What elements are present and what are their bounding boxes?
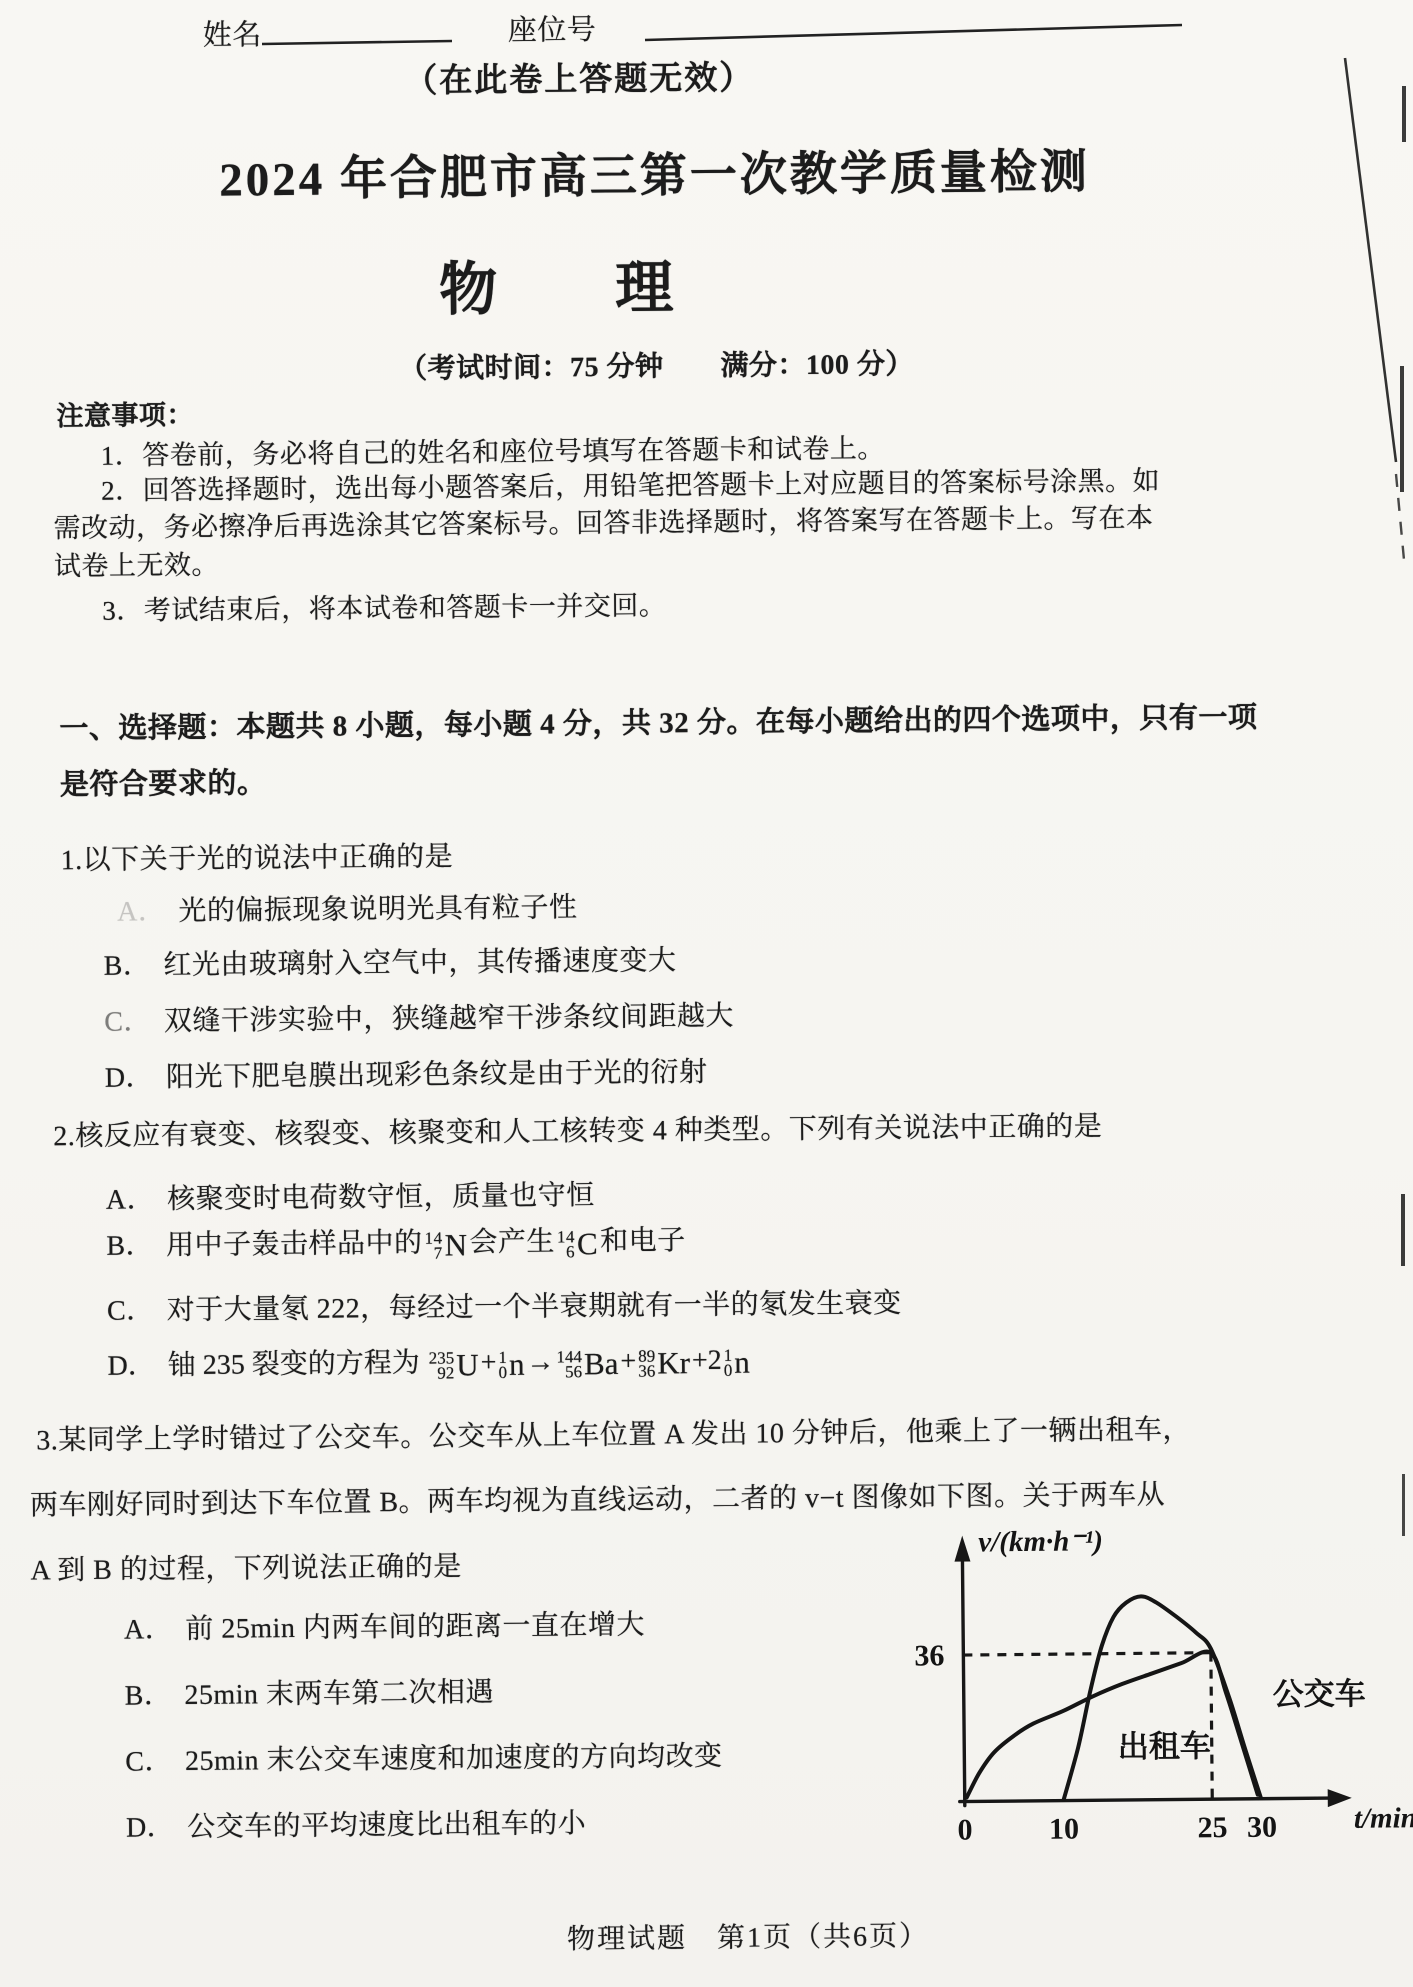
q1-option-d-text: 阳光下肥皂膜出现彩色条纹是由于光的衍射 [166, 1057, 708, 1093]
question-1-stem: 1.以下关于光的说法中正确的是 [60, 834, 453, 878]
exam-info: （考试时间：75 分钟 满分：100 分） [399, 342, 914, 387]
dashed-guide-36 [963, 1653, 1210, 1655]
q2-option-d-pre: 铀 235 裂变的方程为 [168, 1348, 420, 1381]
q3-option-c-label: C． [125, 1739, 173, 1779]
nuclide-kr89: 8936Kr [638, 1345, 690, 1381]
element-symbol: Ba [584, 1345, 619, 1381]
bus-velocity-curve [965, 1651, 1257, 1797]
q1-option-a-text: 光的偏振现象说明光具有粒子性 [178, 892, 577, 927]
q2-option-b-pre: 用中子轰击样品中的 [166, 1228, 423, 1261]
q3-option-a-text: 前 25min 内两车间的距离一直在增大 [185, 1610, 645, 1645]
q1-option-c: C．双缝干涉实验中，狭缝越窄干涉条纹间距越大 [104, 994, 734, 1040]
nuclide-u235: 23592U [429, 1347, 479, 1383]
q1-option-d: D．阳光下肥皂膜出现彩色条纹是由于光的衍射 [105, 1050, 708, 1096]
q2-option-a-text: 核聚变时电荷数守恒，质量也守恒 [167, 1180, 595, 1215]
x-axis [960, 1798, 1332, 1802]
nuclide-ba144: 14456Ba [556, 1345, 618, 1382]
x-tick-label: 0 [957, 1813, 972, 1846]
element-symbol: n [509, 1346, 525, 1382]
q2-option-b-post: 和电子 [600, 1225, 686, 1257]
charge-number: 0 [724, 1362, 733, 1377]
exam-paper-page: 姓名 座位号 （在此卷上答题无效） 2024 年合肥市高三第一次教学质量检测 物… [0, 0, 1413, 1987]
q1-option-d-label: D． [105, 1055, 155, 1095]
q1-option-c-text: 双缝干涉实验中，狭缝越窄干涉条纹间距越大 [164, 1001, 734, 1037]
q3-option-a-label: A． [124, 1607, 174, 1647]
name-label: 姓名 [203, 19, 262, 52]
charge-number: 92 [437, 1365, 454, 1380]
x-tick-label: 25 [1197, 1811, 1227, 1844]
charge-number: 7 [434, 1245, 443, 1260]
q2-option-d-label: D． [107, 1343, 156, 1383]
taxi-curve-label: 出租车 [1118, 1728, 1211, 1764]
q1-option-c-label: C． [104, 999, 152, 1039]
seat-field-row: 座位号 [508, 7, 597, 49]
x-axis-arrowhead [1328, 1789, 1352, 1807]
q1-option-a-label: A． [117, 889, 167, 929]
q1-option-b-label: B． [103, 943, 151, 983]
q3-option-d: D．公交车的平均速度比出租车的小 [126, 1801, 587, 1845]
nuclide-neutron: 10n [498, 1346, 524, 1382]
q3-option-b-label: B． [125, 1673, 173, 1713]
vt-graph-svg: 010253036v/(km·h⁻¹)t/min公交车出租车 [877, 1505, 1413, 1914]
y-tick-label: 36 [914, 1639, 944, 1672]
q2-option-d: D．铀 235 裂变的方程为 23592U+10n→14456Ba+8936Kr… [107, 1338, 752, 1387]
plus-sign: + [620, 1346, 636, 1377]
q3-option-d-label: D． [126, 1805, 176, 1845]
y-axis-label: v/(km·h⁻¹) [978, 1525, 1103, 1558]
q2-option-a-label: A． [106, 1177, 156, 1217]
note-item-3: 3．考试结束后，将本试卷和答题卡一并交回。 [102, 583, 666, 627]
section-header-line1: 一、选择题：本题共 8 小题，每小题 4 分，共 32 分。在每小题给出的四个选… [59, 695, 1257, 747]
y-axis-arrowhead [954, 1535, 970, 1561]
q2-option-a: A．核聚变时电荷数守恒，质量也守恒 [106, 1173, 595, 1218]
element-symbol: N [444, 1227, 467, 1263]
question-3-line3: A 到 B 的过程，下列说法正确的是 [30, 1544, 462, 1588]
charge-number: 0 [498, 1365, 507, 1380]
plus-two-sign: +2 [692, 1345, 722, 1376]
q2-option-c: C．对于大量氡 222，每经过一个半衰期就有一半的氡发生衰变 [107, 1281, 902, 1329]
notes-header: 注意事项： [56, 393, 194, 433]
dashed-guide-25min [1211, 1653, 1212, 1800]
element-symbol: n [734, 1344, 750, 1380]
question-3-line1: 3.某同学上学时错过了公交车。公交车从上车位置 A 发出 10 分钟后，他乘上了… [36, 1407, 1191, 1458]
charge-number: 56 [565, 1364, 582, 1379]
seat-label: 座位号 [508, 14, 597, 47]
reaction-arrow: → [526, 1346, 554, 1377]
plus-sign: + [481, 1347, 497, 1378]
section-header-line2: 是符合要求的。 [60, 760, 267, 803]
q2-option-b: B．用中子轰击样品中的147N会产生146C和电子 [106, 1218, 686, 1266]
name-field-row: 姓名 [203, 12, 262, 54]
q2-option-b-mid: 会产生 [469, 1226, 555, 1258]
q3-option-b-text: 25min 末两车第二次相遇 [184, 1677, 494, 1711]
bus-curve-label: 公交车 [1272, 1676, 1365, 1712]
q3-option-c-text: 25min 末公交车速度和加速度的方向均改变 [185, 1741, 723, 1777]
y-axis [962, 1560, 964, 1806]
charge-number: 36 [638, 1363, 655, 1378]
element-symbol: Kr [657, 1345, 690, 1381]
vt-graph-figure: 010253036v/(km·h⁻¹)t/min公交车出租车 [877, 1505, 1413, 1914]
q1-option-a: A．光的偏振现象说明光具有粒子性 [117, 885, 578, 929]
nuclide-c14: 146C [557, 1226, 599, 1262]
q2-option-b-label: B． [106, 1223, 154, 1263]
subject-title: 物 理 [439, 240, 704, 327]
note-item-2-line3: 试卷上无效。 [54, 543, 219, 584]
q3-option-d-text: 公交车的平均速度比出租车的小 [187, 1808, 586, 1843]
invalid-notice: （在此卷上答题无效） [404, 52, 754, 102]
x-tick-label: 30 [1247, 1811, 1277, 1844]
x-tick-label: 10 [1049, 1812, 1079, 1845]
scanned-content: 姓名 座位号 （在此卷上答题无效） 2024 年合肥市高三第一次教学质量检测 物… [0, 0, 1413, 1987]
q2-option-c-label: C． [107, 1288, 155, 1328]
page-footer: 物理试题 第1页（共6页） [567, 1914, 929, 1957]
q1-option-b-text: 红光由玻璃射入空气中，其传播速度变大 [163, 945, 676, 981]
q3-option-b: B．25min 末两车第二次相遇 [125, 1670, 495, 1714]
q3-option-c: C．25min 末公交车速度和加速度的方向均改变 [125, 1734, 723, 1780]
q2-option-c-text: 对于大量氡 222，每经过一个半衰期就有一半的氡发生衰变 [167, 1288, 902, 1326]
x-axis-label: t/min [1354, 1802, 1413, 1835]
element-symbol: U [456, 1347, 479, 1383]
element-symbol: C [577, 1226, 599, 1262]
question-2-stem: 2.核反应有衰变、核裂变、核聚变和人工核转变 4 种类型。下列有关说法中正确的是 [53, 1104, 1102, 1154]
page-title: 2024 年合肥市高三第一次教学质量检测 [219, 134, 1090, 209]
nuclide-n14: 147N [424, 1227, 467, 1263]
q1-option-b: B．红光由玻璃射入空气中，其传播速度变大 [103, 938, 676, 983]
charge-number: 6 [566, 1244, 575, 1259]
q3-option-a: A．前 25min 内两车间的距离一直在增大 [124, 1603, 645, 1648]
nuclide-neutron: 10n [724, 1344, 750, 1380]
